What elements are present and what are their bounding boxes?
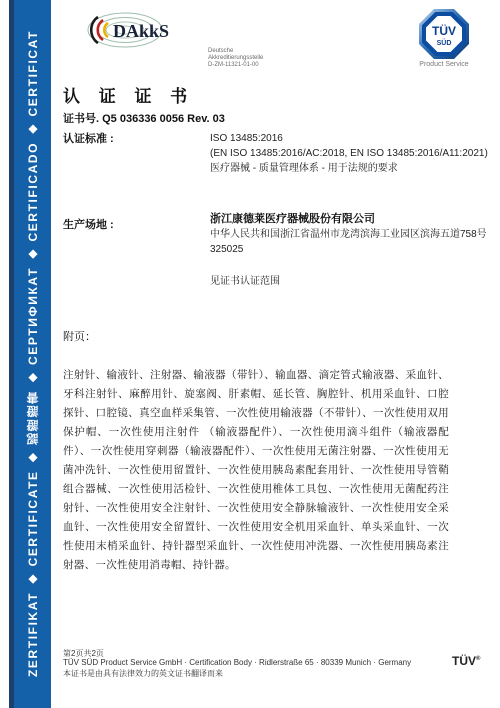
- tuv-sud-logo: TÜV SÜD: [418, 8, 470, 60]
- certificate-title: 认 证 证 书: [63, 82, 194, 107]
- tuv-product-service-caption: Product Service: [410, 61, 478, 68]
- standards-value-block: ISO 13485:2016 (EN ISO 13485:2016/AC:201…: [210, 131, 488, 176]
- annex-label: 附页：: [63, 328, 96, 344]
- certificate-number-line: 证书号. Q5 036336 0056 Rev. 03: [63, 110, 225, 126]
- tuv-sud-octagon-icon: TÜV SÜD: [418, 8, 470, 60]
- footer-certification-body-line: TÜV SÜD Product Service GmbH · Certifica…: [63, 658, 411, 667]
- footer-tuv-brandmark: TÜV®: [452, 654, 480, 668]
- registered-trademark-symbol: ®: [476, 656, 480, 662]
- scope-reference-note: 见证书认证范围: [210, 272, 280, 287]
- dakks-wordmark: DAkkS: [113, 21, 169, 41]
- standard-line-2: (EN ISO 13485:2016/AC:2018, EN ISO 13485…: [210, 146, 488, 161]
- company-address: 中华人民共和国浙江省温州市龙湾滨海工业园区滨海五道758号: [210, 227, 487, 242]
- production-site-block: 浙江康德莱医疗器械股份有限公司 中华人民共和国浙江省温州市龙湾滨海工业园区滨海五…: [210, 212, 487, 257]
- company-postcode: 325025: [210, 242, 487, 257]
- footer-tuv-brand-text: TÜV: [452, 654, 476, 668]
- annex-product-scope-text: 注射针、输液针、注射器、输液器（带针）、输血器、滴定管式输液器、采血针、牙科注射…: [63, 366, 449, 575]
- standard-line-3: 医疗器械 - 质量管理体系 - 用于法规的要求: [210, 161, 488, 176]
- sidebar-multilingual-certificate-text: ZERTIFIKAT ◆ CERTIFICATE ◆ 認證證書 ◆ СЕРТИФ…: [14, 0, 51, 708]
- dakks-subtext-line1: Deutsche: [208, 48, 263, 55]
- dakks-subtext-line2: Akkreditierungsstelle: [208, 55, 263, 62]
- dakks-subtext: Deutsche Akkreditierungsstelle D-ZM-1132…: [208, 48, 263, 69]
- company-name: 浙江康德莱医疗器械股份有限公司: [210, 212, 487, 227]
- tuv-octagon-word-sud: SÜD: [437, 38, 452, 47]
- footer-translation-note: 本证书是由具有法律效力的英文证书翻译而来: [63, 668, 223, 679]
- standards-label: 认证标准 :: [63, 130, 114, 146]
- dakks-logo: DAkkS Deutsche Akkreditierungsstelle D-Z…: [80, 10, 230, 72]
- tuv-octagon-word-tuv: TÜV: [432, 23, 456, 38]
- certificate-page: ZERTIFIKAT ◆ CERTIFICATE ◆ 認證證書 ◆ СЕРТИФ…: [0, 0, 500, 708]
- production-site-label: 生产场地 :: [63, 216, 114, 232]
- sidebar-blue-band: ZERTIFIKAT ◆ CERTIFICATE ◆ 認證證書 ◆ СЕРТИФ…: [14, 0, 51, 708]
- standard-line-1: ISO 13485:2016: [210, 131, 488, 146]
- dakks-subtext-line3: D-ZM-11321-01-00: [208, 62, 263, 69]
